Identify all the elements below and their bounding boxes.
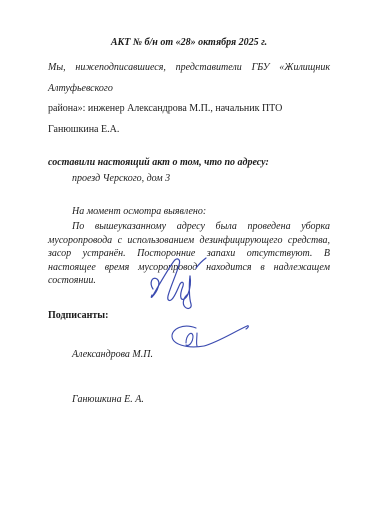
signature-ganyushkina-icon: [166, 317, 254, 357]
signature-aleksandrova-icon: [144, 253, 208, 311]
signature-aleksandrova-strokes: [151, 258, 206, 308]
address-line: проезд Черского, дом 3: [48, 171, 330, 187]
signature-ganyushkina-strokes: [172, 326, 248, 347]
inspection-heading: На момент осмотра выявлено:: [48, 205, 330, 219]
document-page: АКТ № б/н от «28» октября 2025 г. Мы, ни…: [0, 0, 377, 512]
intro-paragraph-line2: района»: инженер Александрова М.П., нача…: [48, 99, 330, 140]
document-title: АКТ № б/н от «28» октября 2025 г.: [48, 36, 330, 49]
signer-name-ganyushkina: Ганюшкина Е. А.: [48, 393, 330, 407]
statement-heading: составили настоящий акт о том, что по ад…: [48, 155, 330, 171]
intro-paragraph-line1: Мы, нижеподписавшиеся, представители ГБУ…: [48, 58, 330, 99]
